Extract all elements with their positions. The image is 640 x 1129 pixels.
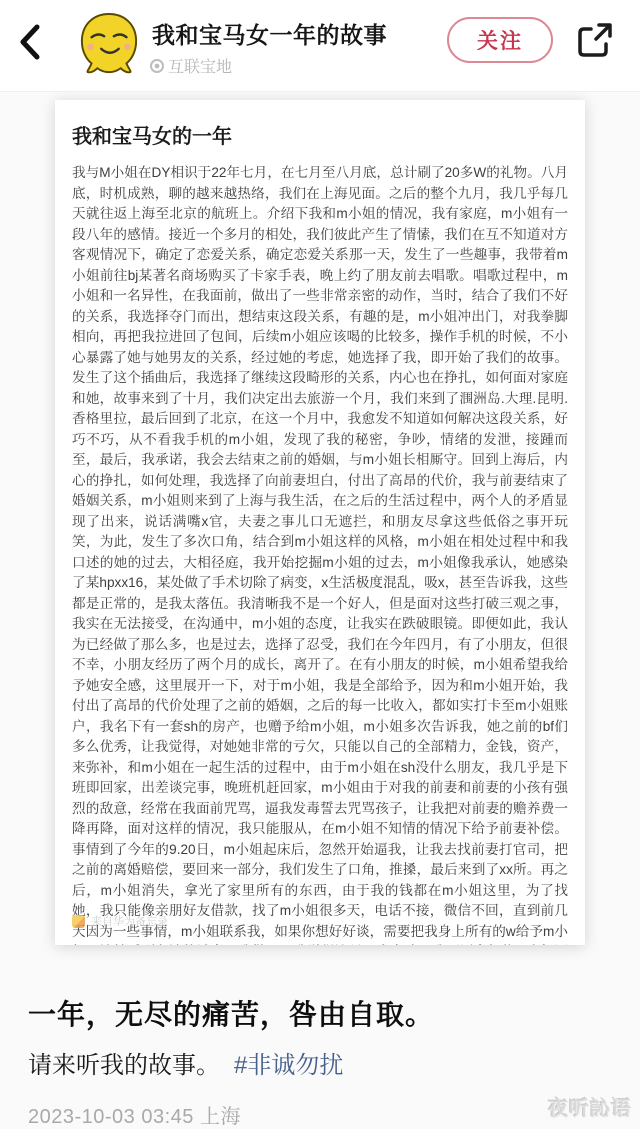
avatar[interactable] [78, 12, 140, 76]
watermark-text: 夜听訫语 [548, 1092, 632, 1121]
post-timestamp: 2023-10-03 03:45 上海 [28, 1100, 241, 1129]
note-source-label: 来自华为备忘录 [91, 913, 168, 929]
location-pin-icon [150, 59, 164, 73]
share-button[interactable] [573, 22, 615, 64]
location-row: 互联宝地 [150, 54, 232, 77]
hashtag-link[interactable]: #非诚勿扰 [234, 1052, 343, 1079]
page-title: 我和宝马女一年的故事 [152, 17, 387, 50]
follow-button[interactable]: 关注 [447, 17, 553, 63]
note-title: 我和宝马女的一年 [72, 120, 568, 149]
location-label: 互联宝地 [168, 54, 232, 77]
chevron-left-icon [17, 24, 43, 65]
note-card: 我和宝马女的一年 我与M小姐在DY相识于22年七月，在七月至八月底，总计刷了20… [55, 100, 585, 945]
note-source-row: 来自华为备忘录 [72, 913, 168, 929]
yellow-octopus-avatar-icon [78, 63, 140, 80]
back-button[interactable] [12, 22, 48, 66]
summary-headline: 一年，无尽的痛苦，咎由自取。 [28, 993, 434, 1033]
share-export-icon [574, 21, 614, 66]
note-body: 我与M小姐在DY相识于22年七月，在七月至八月底，总计刷了20多W的礼物。八月底… [72, 163, 568, 945]
huawei-memo-icon [72, 915, 85, 928]
summary-subline: 请来听我的故事。#非诚勿扰 [28, 1045, 343, 1080]
subline-text: 请来听我的故事。 [28, 1052, 220, 1079]
header-bar: 我和宝马女一年的故事 互联宝地 关注 [0, 0, 640, 92]
